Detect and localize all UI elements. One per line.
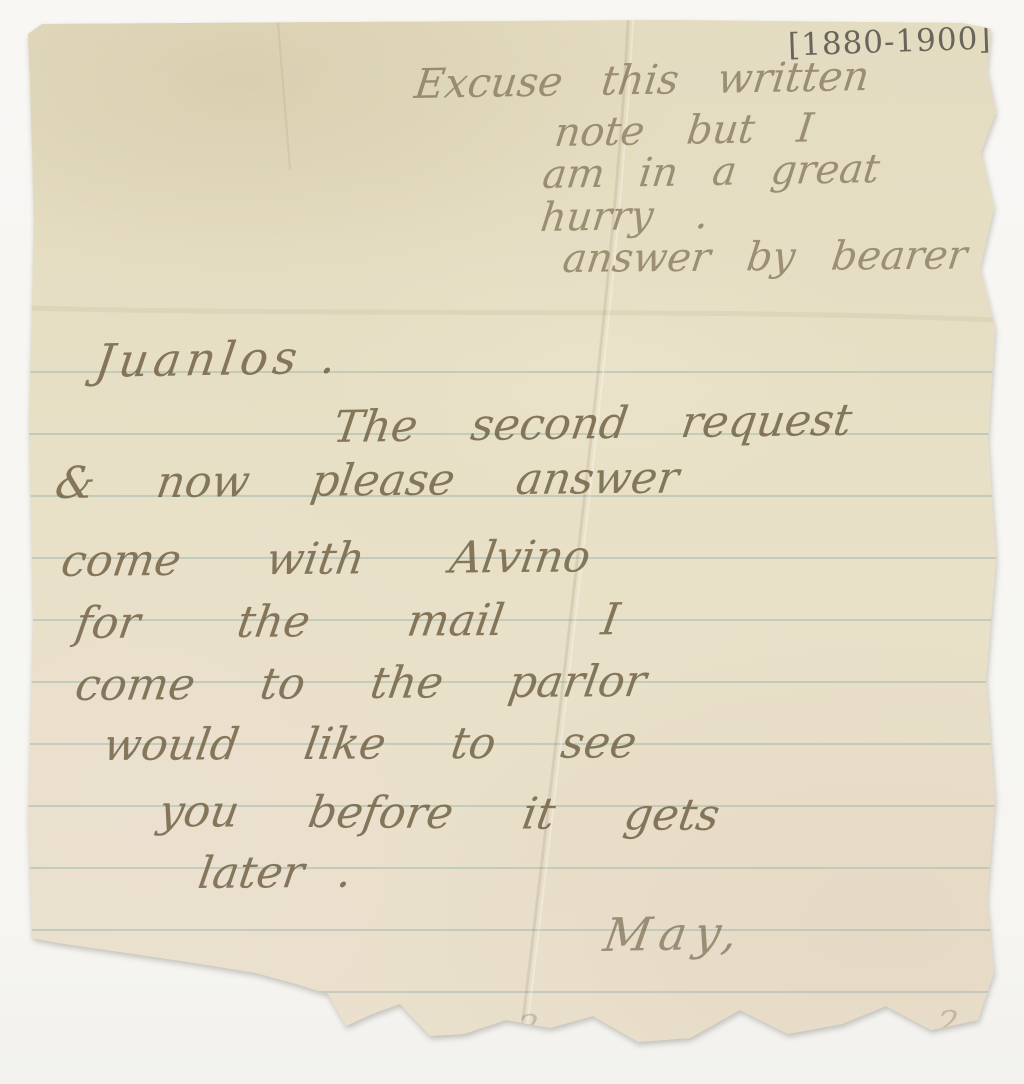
handwriting-body-line: & now please answer: [52, 452, 682, 509]
handwriting-top-note-line: answer by bearer: [560, 232, 970, 282]
handwriting-body-line: come with Alvino: [58, 531, 594, 587]
handwriting-top-note-line: hurry .: [538, 192, 711, 241]
handwriting-top-note-line: Excuse this written: [412, 52, 872, 108]
letter-photo: [1880-1900] Excuse this written note but…: [0, 0, 1024, 1084]
handwriting-body-line: for the mail I: [72, 594, 623, 649]
signature: May,: [600, 905, 750, 962]
handwriting-body-line: The second request: [330, 395, 855, 453]
handwriting-body-line: you before it gets: [155, 786, 723, 841]
torn-edge-stroke: 2: [512, 1008, 541, 1048]
handwriting-body-line: come to the parlor: [72, 656, 650, 711]
handwriting-body-line: later .: [195, 847, 356, 899]
handwriting-top-note-line: am in a great: [540, 146, 882, 198]
paper-shadow-wrap: [1880-1900] Excuse this written note but…: [28, 20, 998, 1046]
letter-paper: [1880-1900] Excuse this written note but…: [28, 20, 998, 1046]
salutation: Juanlos .: [92, 330, 345, 388]
torn-edge-stroke: 2: [932, 1004, 961, 1044]
handwriting-body-line: would like to see: [100, 717, 640, 771]
